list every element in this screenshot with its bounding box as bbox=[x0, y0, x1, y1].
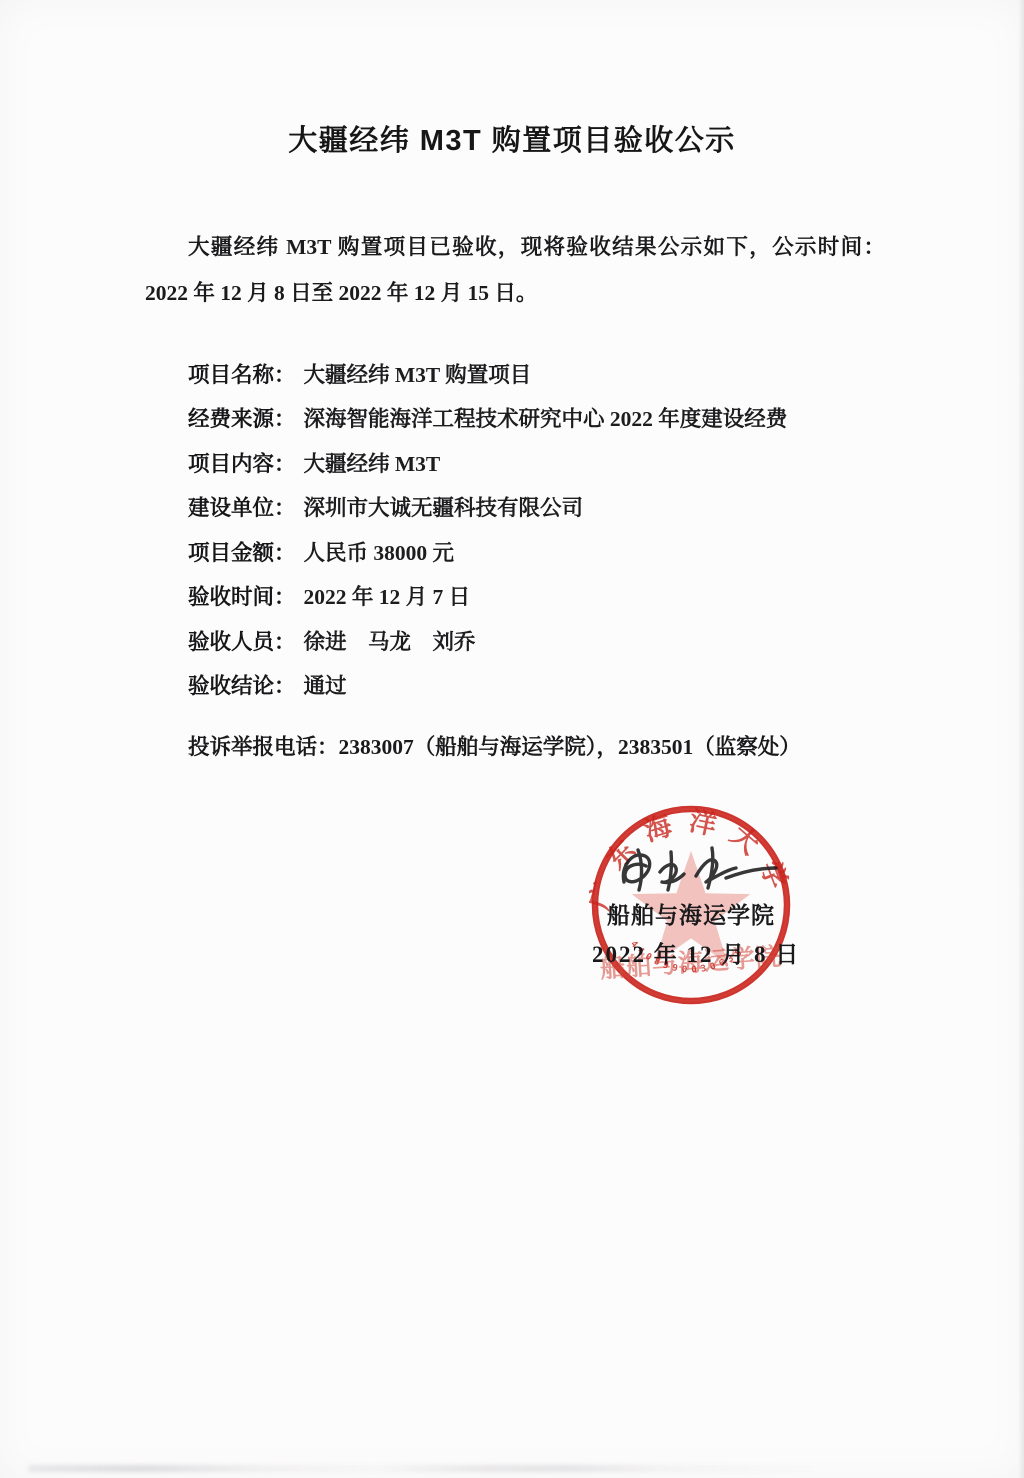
detail-value: 徐进 马龙 刘乔 bbox=[304, 625, 476, 656]
detail-value: 深圳市大诚无疆科技有限公司 bbox=[304, 491, 584, 522]
detail-value: 通过 bbox=[304, 669, 347, 700]
detail-value: 大疆经纬 M3T bbox=[304, 447, 441, 478]
scan-artifact-smudge bbox=[28, 1465, 818, 1472]
signoff-date: 2022 年 12 月 8 日 bbox=[592, 936, 800, 969]
detail-label: 验收人员： bbox=[188, 625, 296, 656]
detail-value: 人民币 38000 元 bbox=[304, 536, 455, 567]
detail-label: 验收结论： bbox=[188, 669, 296, 700]
detail-row-construction-unit: 建设单位： 深圳市大诚无疆科技有限公司 bbox=[188, 485, 888, 530]
announcement-document-page: 大疆经纬 M3T 购置项目验收公示 大疆经纬 M3T 购置项目已验收，现将验收结… bbox=[0, 0, 1024, 1478]
detail-label: 验收时间： bbox=[188, 580, 296, 611]
detail-value: 大疆经纬 M3T 购置项目 bbox=[304, 358, 532, 389]
detail-value: 深海智能海洋工程技术研究中心 2022 年度建设经费 bbox=[304, 402, 788, 433]
complaint-hotline-line: 投诉举报电话：2383007（船舶与海运学院），2383501（监察处） bbox=[188, 730, 801, 761]
detail-value: 2022 年 12 月 7 日 bbox=[304, 580, 471, 611]
detail-row-acceptance-time: 验收时间： 2022 年 12 月 7 日 bbox=[188, 574, 888, 619]
scan-edge-shadow bbox=[1018, 0, 1024, 1478]
detail-label: 项目名称： bbox=[188, 358, 296, 389]
signoff-block: 广东海洋大学 船舶与海运学院 4408990030638 船舶与海运学院 202… bbox=[560, 780, 860, 1040]
detail-label: 项目内容： bbox=[188, 447, 296, 478]
detail-label: 建设单位： bbox=[188, 491, 296, 522]
detail-label: 经费来源： bbox=[188, 402, 296, 433]
signoff-department: 船舶与海运学院 bbox=[607, 897, 775, 930]
detail-row-funding-source: 经费来源： 深海智能海洋工程技术研究中心 2022 年度建设经费 bbox=[188, 396, 888, 441]
intro-paragraph: 大疆经纬 M3T 购置项目已验收，现将验收结果公示如下，公示时间：2022 年 … bbox=[145, 224, 885, 316]
project-details-list: 项目名称： 大疆经纬 M3T 购置项目 经费来源： 深海智能海洋工程技术研究中心… bbox=[188, 351, 888, 707]
detail-row-acceptance-staff: 验收人员： 徐进 马龙 刘乔 bbox=[188, 618, 888, 663]
detail-row-acceptance-conclusion: 验收结论： 通过 bbox=[188, 663, 888, 708]
detail-row-project-amount: 项目金额： 人民币 38000 元 bbox=[188, 529, 888, 574]
detail-label: 项目金额： bbox=[188, 536, 296, 567]
detail-row-project-content: 项目内容： 大疆经纬 M3T bbox=[188, 440, 888, 485]
document-title: 大疆经纬 M3T 购置项目验收公示 bbox=[0, 118, 1024, 159]
detail-row-project-name: 项目名称： 大疆经纬 M3T 购置项目 bbox=[188, 351, 888, 396]
